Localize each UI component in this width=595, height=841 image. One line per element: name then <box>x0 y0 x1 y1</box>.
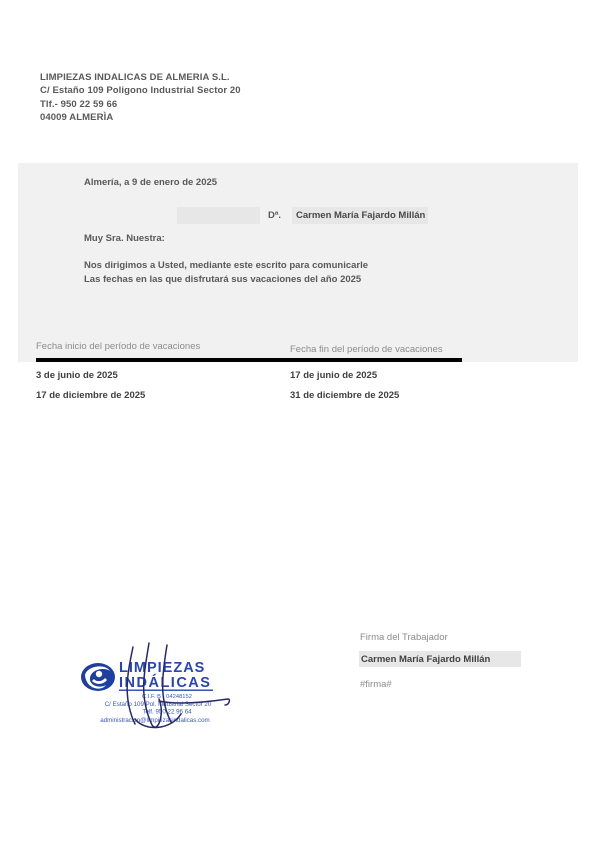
signature-label: Firma del Trabajador <box>360 632 448 643</box>
company-address: C/ Estaño 109 Poligono Industrial Sector… <box>40 84 241 97</box>
greeting: Muy Sra. Nuestra: <box>84 233 165 244</box>
body-line-2: Las fechas en las que disfrutará sus vac… <box>84 274 361 285</box>
signer-name-field: Carmen María Fajardo Millán <box>359 651 521 667</box>
company-name: LIMPIEZAS INDALICAS DE ALMERIA S.L. <box>40 71 241 84</box>
table-header-start: Fecha inicio del período de vacaciones <box>36 341 200 352</box>
company-letterhead: LIMPIEZAS INDALICAS DE ALMERIA S.L. C/ E… <box>40 71 241 125</box>
letter-body-band: Almería, a 9 de enero de 2025 Dª. Carmen… <box>18 163 578 362</box>
company-postal-city: 04009 ALMERÌA <box>40 111 241 124</box>
table-row: 17 de diciembre de 2025 <box>36 390 145 401</box>
table-row: 3 de junio de 2025 <box>36 370 118 381</box>
recipient-name: Carmen María Fajardo Millán <box>292 207 428 221</box>
signature-placeholder: #firma# <box>360 679 392 690</box>
recipient-name-field: Carmen María Fajardo Millán <box>292 207 428 224</box>
stamp-graphic: LIMPIEZAS INDÁLICAS C.I.F. B - 04248152 … <box>75 641 235 733</box>
recipient-empty-field <box>177 207 260 224</box>
recipient-row: Dª. Carmen María Fajardo Millán <box>18 207 578 224</box>
table-header-rule <box>36 358 462 362</box>
stamp-brand-line2: INDÁLICAS <box>119 674 211 691</box>
stamp-email: administracion@limpiezasindalicas.com <box>100 717 209 724</box>
body-line-1: Nos dirigimos a Usted, mediante este esc… <box>84 260 368 271</box>
stamp-cif: C.I.F. B - 04248152 <box>142 694 192 700</box>
table-row: 31 de diciembre de 2025 <box>290 390 399 401</box>
stamp-underline <box>119 690 213 691</box>
limpiezas-logo-icon <box>81 663 115 691</box>
company-phone: Tlf.- 950 22 59 66 <box>40 98 241 111</box>
letter-document: LIMPIEZAS INDALICAS DE ALMERIA S.L. C/ E… <box>0 0 595 841</box>
signer-name: Carmen María Fajardo Millán <box>359 651 521 665</box>
letter-date: Almería, a 9 de enero de 2025 <box>84 177 217 188</box>
stamp-brand-line1: LIMPIEZAS <box>119 660 205 676</box>
salutation-prefix: Dª. <box>268 210 281 221</box>
table-header-end: Fecha fin del período de vacaciones <box>290 344 443 355</box>
company-stamp-and-signature: LIMPIEZAS INDÁLICAS C.I.F. B - 04248152 … <box>75 641 235 733</box>
table-row: 17 de junio de 2025 <box>290 370 377 381</box>
